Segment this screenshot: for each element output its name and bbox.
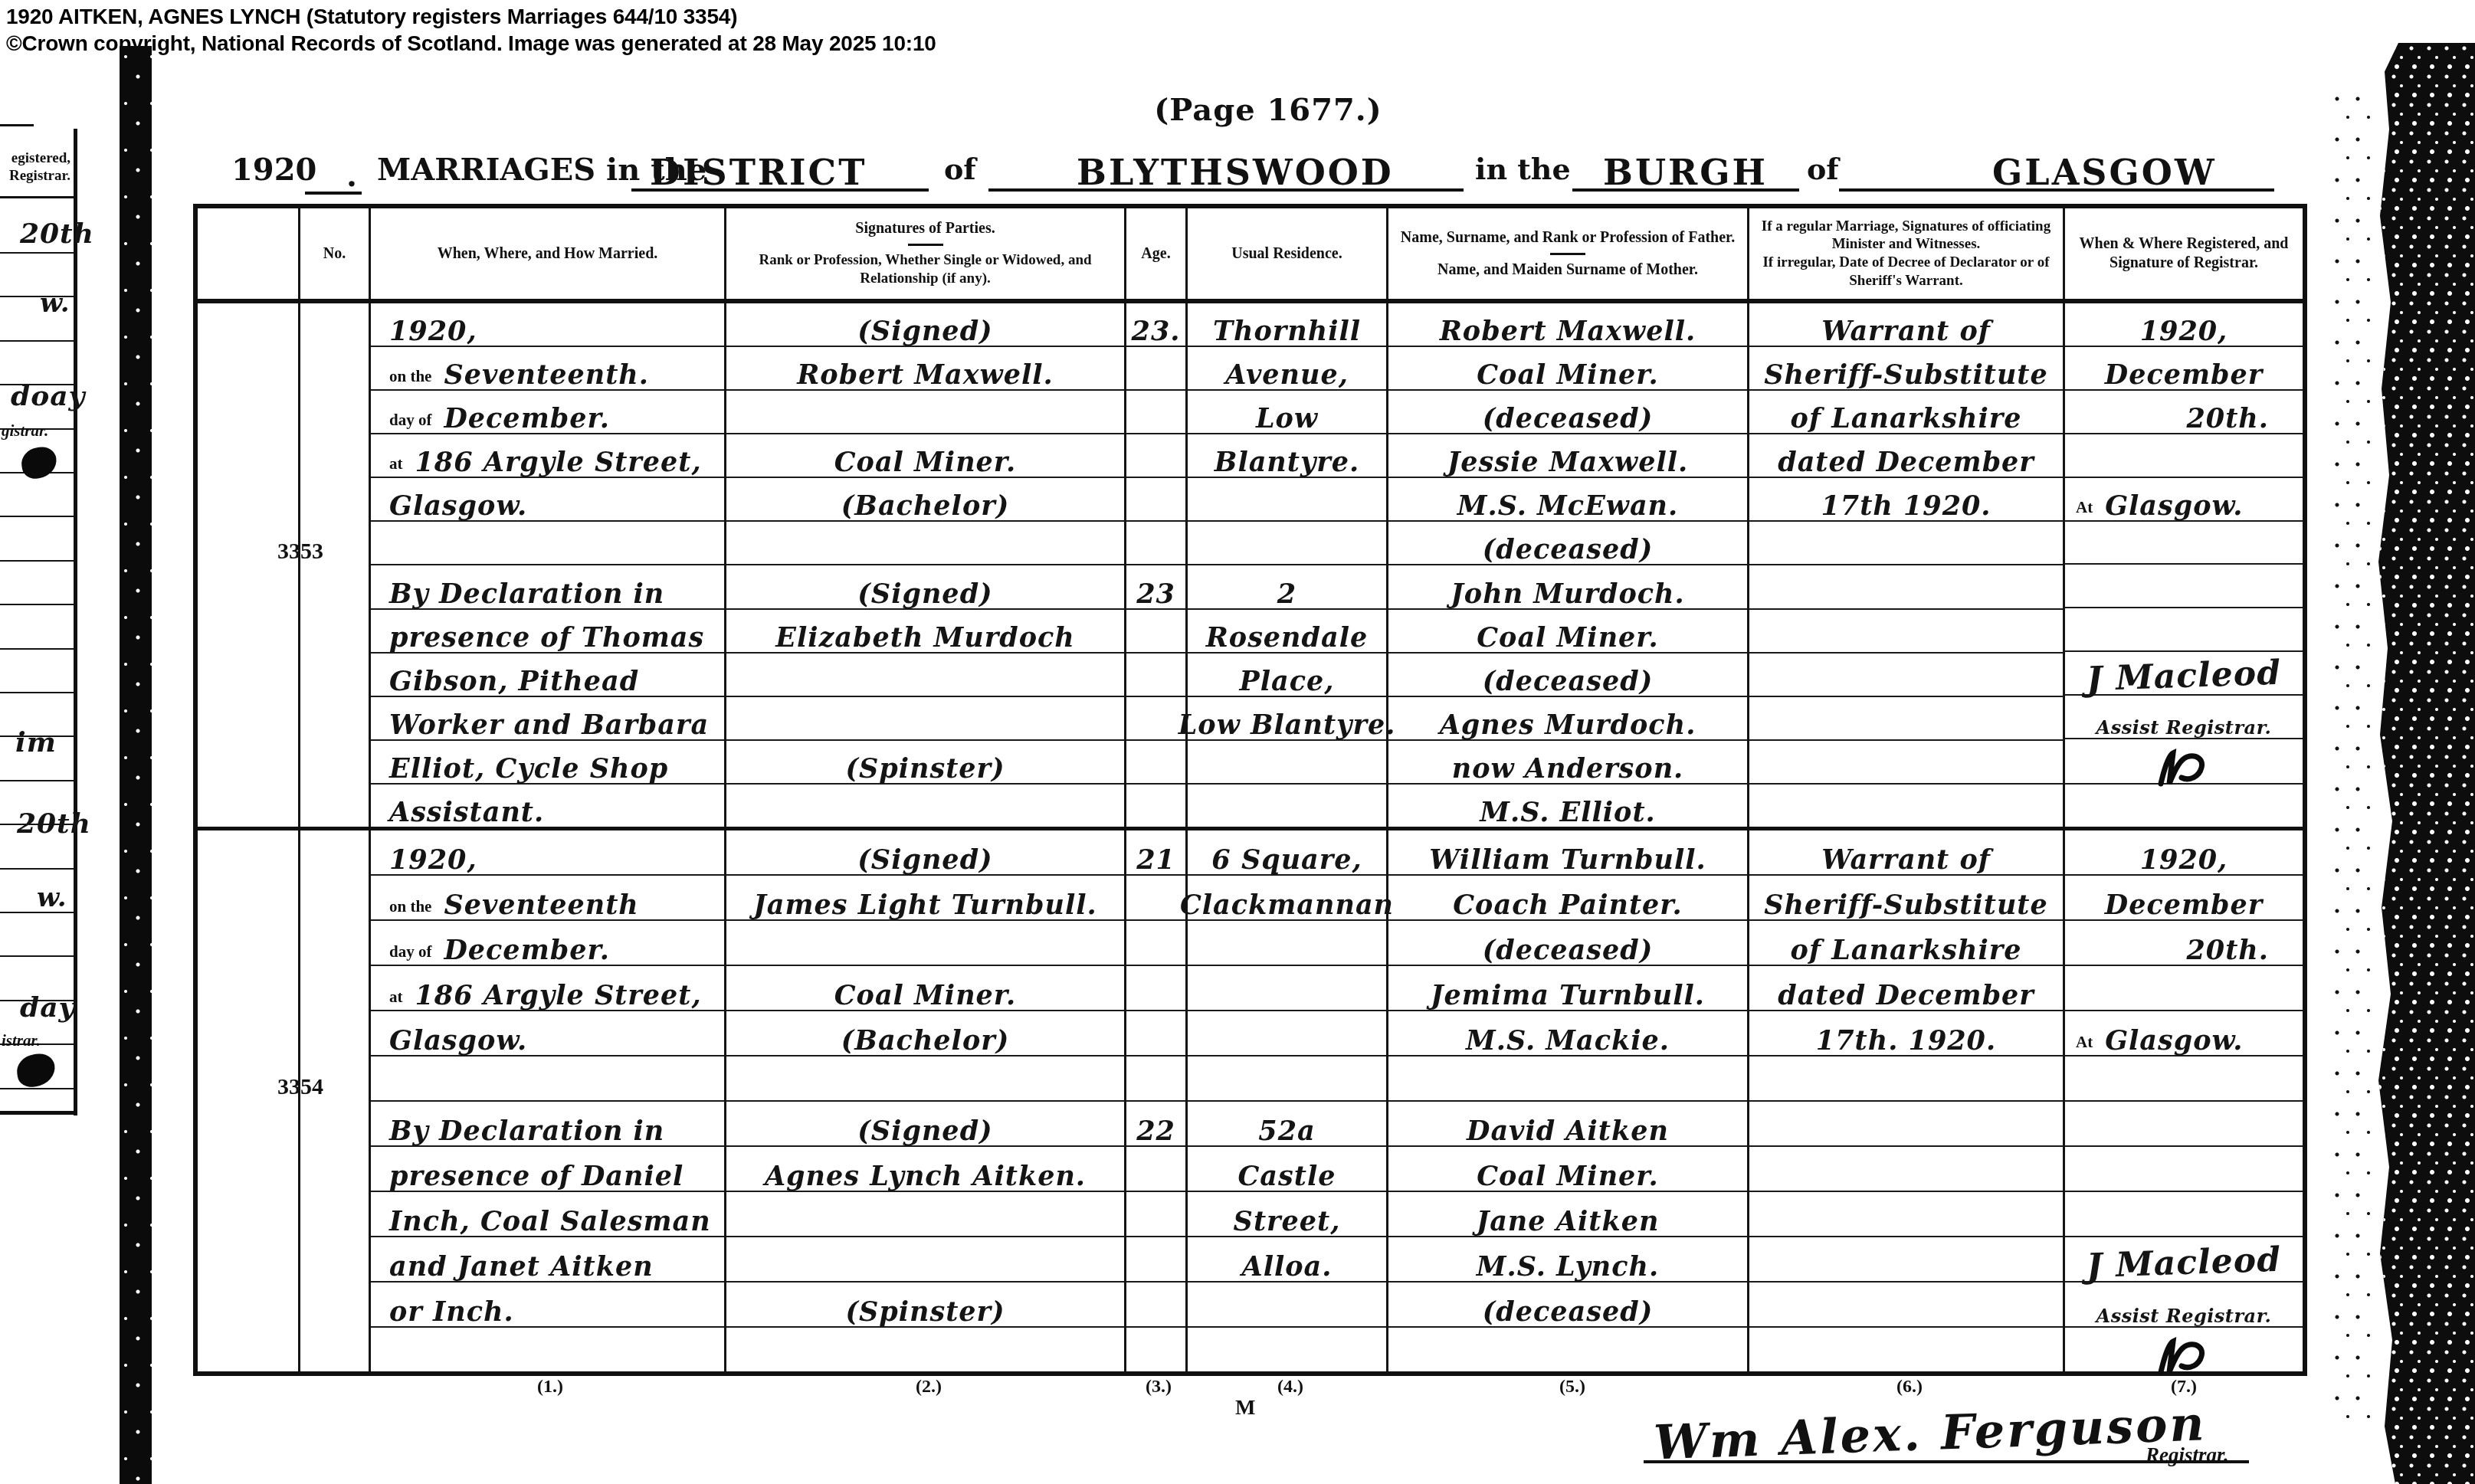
handwritten-text: dated December <box>1778 449 2034 476</box>
register-line: Sheriff-Substitute <box>1749 876 2063 921</box>
register-line: of Lanarkshire <box>1749 921 2063 966</box>
register-line <box>1749 1283 2063 1328</box>
header-warrant-irregular: If irregular, Date of Decree of Declarat… <box>1757 254 2055 290</box>
handwritten-text: M.S. Mackie. <box>1466 1027 1670 1054</box>
handwritten-text: Glasgow. <box>2105 1027 2243 1054</box>
register-line <box>2065 1102 2303 1147</box>
printed-prefix: at <box>389 988 403 1007</box>
register-line: M.S. Mackie. <box>1388 1011 1747 1056</box>
handwritten-text: Sheriff-Substitute <box>1764 362 2048 388</box>
register-line: J Macleod <box>2065 652 2303 696</box>
register-line <box>2065 739 2303 785</box>
handwritten-text: By Declaration in <box>389 1118 664 1145</box>
register-line: 20th. <box>2065 921 2303 966</box>
register-line: 23 <box>1126 565 1185 609</box>
page-number: (Page 1677.) <box>1154 92 1382 128</box>
printed-prefix: at <box>389 454 403 473</box>
header-signatures-top: Signatures of Parties. <box>855 219 995 238</box>
register-line <box>1188 921 1386 966</box>
prev-page-header-rule <box>0 196 74 198</box>
handwritten-text: M.S. Elliot. <box>1480 799 1656 826</box>
register-line <box>726 697 1124 741</box>
register-line <box>726 1056 1124 1102</box>
register-line: December <box>2065 347 2303 391</box>
register-line: Low Blantyre. <box>1188 697 1386 741</box>
register-line <box>1126 1328 1185 1371</box>
register-line: 17th 1920. <box>1749 478 2063 522</box>
register-line <box>1749 1056 2063 1102</box>
handwritten-text: Agnes Lynch Aitken. <box>765 1163 1086 1190</box>
column-number-6: (6.) <box>1896 1377 1923 1397</box>
register-line: Agnes Lynch Aitken. <box>726 1147 1124 1192</box>
register-line: 1920, <box>371 830 724 876</box>
register-line: (Bachelor) <box>726 1011 1124 1056</box>
warrant-cell: Warrant ofSheriff-Substituteof Lanarkshi… <box>1749 303 2065 827</box>
register-line <box>1749 1328 2063 1371</box>
register-line <box>2065 1056 2303 1102</box>
header-signatures: Signatures of Parties. Rank or Professio… <box>726 208 1126 299</box>
register-line: 21 <box>1126 830 1185 876</box>
registrar-initials-mark <box>2153 747 2214 790</box>
handwritten-text: (Bachelor) <box>841 1027 1010 1054</box>
m-marker: M <box>1235 1396 1255 1420</box>
header-signatures-bottom: Rank or Profession, Whether Single or Wi… <box>734 251 1116 288</box>
handwritten-text: Coach Painter. <box>1453 892 1682 919</box>
register-line <box>2065 1328 2303 1371</box>
register-line: Jemima Turnbull. <box>1388 966 1747 1011</box>
handwritten-text: and Janet Aitken <box>389 1253 654 1280</box>
register-line: Glasgow. <box>371 1011 724 1056</box>
age-cell: 23.23 <box>1126 303 1188 827</box>
entry-number: 3353 <box>277 538 323 564</box>
register-line <box>371 1056 724 1102</box>
register-line: day ofDecember. <box>371 921 724 966</box>
handwritten-text: Alloa. <box>1242 1253 1333 1280</box>
scan-speckle-dots <box>2332 92 2371 1425</box>
register-line: Elizabeth Murdoch <box>726 610 1124 654</box>
register-line <box>1126 347 1185 391</box>
title-of: of <box>944 152 976 186</box>
register-line: 52a <box>1188 1102 1386 1147</box>
column-number-3: (3.) <box>1146 1377 1172 1397</box>
register-line: Inch, Coal Salesman <box>371 1192 724 1237</box>
handwritten-text: 23 <box>1136 581 1175 608</box>
register-line: Assist Registrar. <box>2065 1283 2303 1328</box>
register-line: Rosendale <box>1188 610 1386 654</box>
register-line <box>1126 785 1185 827</box>
handwritten-text: Place, <box>1239 668 1334 695</box>
header-parents: Name, Surname, and Rank or Profession of… <box>1388 208 1749 299</box>
register-line <box>726 522 1124 565</box>
register-line: M.S. Lynch. <box>1388 1237 1747 1283</box>
register-line: Alloa. <box>1188 1237 1386 1283</box>
register-line <box>371 522 724 565</box>
register-line: Coal Miner. <box>726 434 1124 478</box>
register-line: dated December <box>1749 966 2063 1011</box>
handwritten-text: M.S. Lynch. <box>1477 1253 1659 1280</box>
register-line: day ofDecember. <box>371 391 724 434</box>
handwritten-text: J Macleod <box>2086 657 2281 697</box>
register-line: (Signed) <box>726 565 1124 609</box>
column-number-7: (7.) <box>2171 1377 2197 1397</box>
handwritten-text: Coal Miner. <box>834 982 1017 1009</box>
registered-cell: 1920,December20th.AtGlasgow.J MacleodAss… <box>2065 830 2303 1371</box>
handwritten-text: Glasgow. <box>389 493 527 519</box>
register-line <box>1126 966 1185 1011</box>
age-cell: 2122 <box>1126 830 1188 1371</box>
registered-cell: 1920,December20th.AtGlasgow.J MacleodAss… <box>2065 303 2303 827</box>
register-line <box>1749 1147 2063 1192</box>
register-line <box>2065 1192 2303 1237</box>
warrant-cell: Warrant ofSheriff-Substituteof Lanarkshi… <box>1749 830 2065 1371</box>
handwritten-text: 20th. <box>2186 405 2269 432</box>
handwritten-text: Gibson, Pithead <box>389 668 639 695</box>
register-line <box>726 785 1124 827</box>
register-line: Coal Miner. <box>1388 1147 1747 1192</box>
title-in-the: in the <box>1475 152 1571 186</box>
handwritten-text: William Turnbull. <box>1429 847 1706 873</box>
handwritten-text: (deceased) <box>1483 536 1654 563</box>
marriage-register-table: No. When, Where, and How Married. Signat… <box>193 204 2307 1376</box>
handwritten-text: James Light Turnbull. <box>753 892 1097 919</box>
handwritten-text: 6 Square, <box>1211 847 1362 873</box>
when-where-how-cell: 1920,on theSeventeenth.day ofDecember.at… <box>371 303 726 827</box>
register-line: 1920, <box>371 303 724 347</box>
register-line: (deceased) <box>1388 391 1747 434</box>
register-line <box>371 1328 724 1371</box>
register-line <box>1126 1011 1185 1056</box>
handwritten-text: (Signed) <box>857 318 992 345</box>
title-year: 1920 <box>231 152 316 188</box>
header-residence: Usual Residence. <box>1188 208 1388 299</box>
prev-page-fragment: w. <box>37 883 67 913</box>
register-line <box>1188 1283 1386 1328</box>
register-line: Assistant. <box>371 785 724 827</box>
parents-cell: Robert Maxwell.Coal Miner.(deceased)Jess… <box>1388 303 1749 827</box>
register-line <box>1388 1328 1747 1371</box>
header-warrant-regular: If a regular Marriage, Signatures of off… <box>1757 218 2055 254</box>
header-fragment-line: Registrar. <box>0 168 70 185</box>
handwritten-text: (Signed) <box>857 847 992 873</box>
register-line <box>1126 610 1185 654</box>
table-header-row: No. When, Where, and How Married. Signat… <box>198 208 2303 303</box>
register-line: now Anderson. <box>1388 741 1747 785</box>
handwritten-text: Coal Miner. <box>1477 362 1659 388</box>
handwritten-text: (Signed) <box>857 1118 992 1145</box>
register-line: Low <box>1188 391 1386 434</box>
register-line <box>2065 608 2303 652</box>
register-line: Coach Painter. <box>1388 876 1747 921</box>
handwritten-text: (deceased) <box>1483 405 1654 432</box>
handwritten-text: Elliot, Cycle Shop <box>389 755 668 782</box>
handwritten-text: Robert Maxwell. <box>797 362 1053 388</box>
register-line <box>1126 654 1185 697</box>
handwritten-text: Glasgow. <box>2105 493 2243 519</box>
register-entry-3353: 3353 1920,on theSeventeenth.day ofDecemb… <box>198 303 2303 830</box>
handwritten-text: 52a <box>1258 1118 1315 1145</box>
margin-cell <box>198 303 300 827</box>
register-line <box>2065 522 2303 565</box>
registrar-initials-mark <box>2153 1335 2214 1378</box>
residence-cell: 6 Square,Clackmannan52aCastleStreet,Allo… <box>1188 830 1388 1371</box>
residence-cell: ThornhillAvenue,LowBlantyre.2RosendalePl… <box>1188 303 1388 827</box>
handwritten-text: Jane Aitken <box>1477 1208 1660 1235</box>
title-underline <box>988 188 1464 192</box>
entry-number: 3354 <box>277 1074 323 1100</box>
header-registered: When & Where Registered, and Signature o… <box>2065 208 2303 299</box>
register-line <box>726 391 1124 434</box>
handwritten-text: Blantyre. <box>1215 449 1359 476</box>
column-number-4: (4.) <box>1277 1377 1303 1397</box>
register-line: Warrant of <box>1749 830 2063 876</box>
header-mother: Name, and Maiden Surname of Mother. <box>1437 260 1698 280</box>
register-line: 23. <box>1126 303 1185 347</box>
register-line: or Inch. <box>371 1283 724 1328</box>
register-line: on theSeventeenth. <box>371 347 724 391</box>
register-line <box>1188 785 1386 827</box>
register-line <box>1749 741 2063 785</box>
title-district-value: BLYTHSWOOD <box>1077 152 1394 193</box>
register-entry-3354: 3354 1920,on theSeventeenthday ofDecembe… <box>198 830 2303 1371</box>
register-line <box>1188 1328 1386 1371</box>
title-underline <box>631 188 929 192</box>
register-line: Street, <box>1188 1192 1386 1237</box>
scanned-marriage-register-page: 1920 AITKEN, AGNES LYNCH (Statutory regi… <box>0 0 2475 1484</box>
register-line: 6 Square, <box>1188 830 1386 876</box>
register-line: John Murdoch. <box>1388 565 1747 609</box>
handwritten-text: 1920, <box>2140 847 2228 873</box>
handwritten-text: M.S. McEwan. <box>1457 493 1679 519</box>
handwritten-text: now Anderson. <box>1452 755 1684 782</box>
title-burgh-value: GLASGOW <box>1992 152 2217 193</box>
handwritten-text: (Signed) <box>857 581 992 608</box>
handwritten-text: December. <box>444 937 609 964</box>
register-line: Sheriff-Substitute <box>1749 347 2063 391</box>
registrar-label: Registrar. <box>2146 1443 2229 1467</box>
handwritten-text: December <box>2105 362 2263 388</box>
handwritten-text: of Lanarkshire <box>1791 937 2022 964</box>
handwritten-text: Sheriff-Substitute <box>1764 892 2048 919</box>
handwritten-text: 1920, <box>2140 318 2228 345</box>
handwritten-text: 1920, <box>389 318 477 345</box>
register-line <box>726 654 1124 697</box>
printed-prefix: At <box>2076 1033 2093 1052</box>
register-line: and Janet Aitken <box>371 1237 724 1283</box>
register-line <box>2065 966 2303 1011</box>
handwritten-text: (deceased) <box>1483 668 1654 695</box>
handwritten-text: 1920, <box>389 847 477 873</box>
register-line: Coal Miner. <box>1388 347 1747 391</box>
prev-page-fragment: gistrar. <box>2 421 48 441</box>
register-line <box>1749 522 2063 565</box>
register-line: Worker and Barbara <box>371 697 724 741</box>
column-number-1: (1.) <box>537 1377 563 1397</box>
parents-cell: William Turnbull.Coach Painter.(deceased… <box>1388 830 1749 1371</box>
handwritten-text: December. <box>444 405 609 432</box>
handwritten-text: Avenue, <box>1225 362 1349 388</box>
handwritten-text: (deceased) <box>1483 1299 1654 1325</box>
register-line: December <box>2065 876 2303 921</box>
register-line: Robert Maxwell. <box>726 347 1124 391</box>
book-gutter-band <box>120 46 152 1484</box>
handwritten-text: Jessie Maxwell. <box>1447 449 1688 476</box>
register-line: presence of Thomas <box>371 610 724 654</box>
handwritten-text: 22 <box>1136 1118 1175 1145</box>
register-line: on theSeventeenth <box>371 876 724 921</box>
register-line: By Declaration in <box>371 1102 724 1147</box>
title-district-label: DISTRICT <box>650 152 867 193</box>
prev-page-fragment: 20th <box>17 808 91 840</box>
prev-page-fragment: im <box>15 726 57 758</box>
register-line <box>1188 741 1386 785</box>
register-line <box>726 1192 1124 1237</box>
register-line: (Spinster) <box>726 741 1124 785</box>
register-line: (deceased) <box>1388 1283 1747 1328</box>
register-line <box>1126 1237 1185 1283</box>
register-line: Glasgow. <box>371 478 724 522</box>
number-cell <box>300 303 371 827</box>
register-line: Warrant of <box>1749 303 2063 347</box>
printed-prefix: on the <box>389 367 431 386</box>
handwritten-text: John Murdoch. <box>1451 581 1684 608</box>
register-line: (deceased) <box>1388 921 1747 966</box>
handwritten-text: By Declaration in <box>389 581 664 608</box>
register-line <box>1126 1147 1185 1192</box>
register-line: William Turnbull. <box>1388 830 1747 876</box>
register-line: 1920, <box>2065 830 2303 876</box>
register-line: (deceased) <box>1388 654 1747 697</box>
register-line <box>1188 478 1386 522</box>
register-line <box>1126 478 1185 522</box>
handwritten-text: dated December <box>1778 982 2034 1009</box>
register-line <box>726 1328 1124 1371</box>
handwritten-text: Worker and Barbara <box>389 712 709 739</box>
prev-page-fragment: day <box>20 991 75 1024</box>
handwritten-text: (Spinster) <box>845 1299 1005 1325</box>
register-line: Agnes Murdoch. <box>1388 697 1747 741</box>
handwritten-text: 21 <box>1136 847 1175 873</box>
record-title: 1920 AITKEN, AGNES LYNCH (Statutory regi… <box>6 3 936 30</box>
handwritten-text: Coal Miner. <box>1477 1163 1659 1190</box>
register-line: Castle <box>1188 1147 1386 1192</box>
register-line <box>1126 697 1185 741</box>
register-line: at186 Argyle Street, <box>371 966 724 1011</box>
printed-prefix: on the <box>389 897 431 916</box>
title-period: . <box>346 158 357 194</box>
register-line: presence of Daniel <box>371 1147 724 1192</box>
register-line <box>2065 785 2303 827</box>
handwritten-text: 2 <box>1277 581 1297 608</box>
register-line <box>1126 391 1185 434</box>
prev-page-fragment: 20th <box>20 218 94 250</box>
register-line: (Signed) <box>726 303 1124 347</box>
register-line: James Light Turnbull. <box>726 876 1124 921</box>
handwritten-text: presence of Daniel <box>389 1163 683 1190</box>
register-line <box>1749 1192 2063 1237</box>
register-line <box>1126 921 1185 966</box>
handwritten-text: Robert Maxwell. <box>1440 318 1696 345</box>
register-line: (Signed) <box>726 830 1124 876</box>
handwritten-text: or Inch. <box>389 1299 514 1325</box>
register-line: Blantyre. <box>1188 434 1386 478</box>
handwritten-text: 186 Argyle Street, <box>415 449 702 476</box>
handwritten-text: David Aitken <box>1467 1118 1669 1145</box>
register-line: Coal Miner. <box>1388 610 1747 654</box>
header-no: No. <box>300 208 371 299</box>
register-line: Gibson, Pithead <box>371 654 724 697</box>
register-line <box>2065 565 2303 608</box>
register-line <box>1126 434 1185 478</box>
register-line <box>1188 522 1386 565</box>
header-divider-dash <box>1550 253 1585 255</box>
register-line: of Lanarkshire <box>1749 391 2063 434</box>
register-line <box>1749 565 2063 609</box>
register-line: M.S. McEwan. <box>1388 478 1747 522</box>
header-fragment-line: egistered, <box>0 150 70 168</box>
register-line <box>1749 610 2063 654</box>
register-line: at186 Argyle Street, <box>371 434 724 478</box>
register-line <box>1126 1192 1185 1237</box>
register-line <box>1126 1056 1185 1102</box>
handwritten-text: 17th. 1920. <box>1816 1027 1996 1054</box>
header-warrant: If a regular Marriage, Signatures of off… <box>1749 208 2065 299</box>
handwritten-text: 23. <box>1132 318 1181 345</box>
register-line: AtGlasgow. <box>2065 478 2303 522</box>
column-number-2: (2.) <box>916 1377 942 1397</box>
scan-edge-band <box>2372 43 2475 1484</box>
handwritten-text: Rosendale <box>1206 624 1369 651</box>
register-line: (Bachelor) <box>726 478 1124 522</box>
register-line: (Signed) <box>726 1102 1124 1147</box>
register-line <box>1126 522 1185 565</box>
handwritten-text: 20th. <box>2186 937 2269 964</box>
register-line: Coal Miner. <box>726 966 1124 1011</box>
prev-page-fragment: doay <box>11 380 85 412</box>
register-line: (deceased) <box>1388 522 1747 565</box>
handwritten-text: Jemima Turnbull. <box>1431 982 1705 1009</box>
register-line <box>2065 434 2303 478</box>
register-line: By Declaration in <box>371 565 724 609</box>
register-line: Thornhill <box>1188 303 1386 347</box>
handwritten-text: Elizabeth Murdoch <box>775 624 1075 651</box>
register-line <box>1126 876 1185 921</box>
margin-cell <box>198 830 300 1371</box>
handwritten-text: Glasgow. <box>389 1027 527 1054</box>
register-line: M.S. Elliot. <box>1388 785 1747 827</box>
prev-page-fragment: istrar. <box>2 1031 41 1050</box>
handwritten-text: Seventeenth <box>444 892 638 919</box>
register-line <box>1749 1237 2063 1283</box>
handwritten-text: Castle <box>1238 1163 1336 1190</box>
register-line: Jessie Maxwell. <box>1388 434 1747 478</box>
register-line: Avenue, <box>1188 347 1386 391</box>
register-line: Clackmannan <box>1188 876 1386 921</box>
handwritten-text: Assist Registrar. <box>2096 1307 2272 1325</box>
prev-page-header-fragment: egistered, Registrar. <box>0 150 70 185</box>
handwritten-text: Seventeenth. <box>444 362 649 388</box>
prev-page-right-border <box>74 129 77 1115</box>
handwritten-text: Clackmannan <box>1180 892 1394 919</box>
signatures-cell: (Signed)Robert Maxwell.Coal Miner.(Bache… <box>726 303 1126 827</box>
title-underline <box>305 192 362 195</box>
register-line <box>1188 966 1386 1011</box>
handwritten-text: Assistant. <box>389 799 544 826</box>
register-line <box>1188 1056 1386 1102</box>
signatures-cell: (Signed)James Light Turnbull.Coal Miner.… <box>726 830 1126 1371</box>
handwritten-text: Coal Miner. <box>834 449 1017 476</box>
printed-prefix: day of <box>389 411 431 430</box>
register-line: Place, <box>1188 654 1386 697</box>
